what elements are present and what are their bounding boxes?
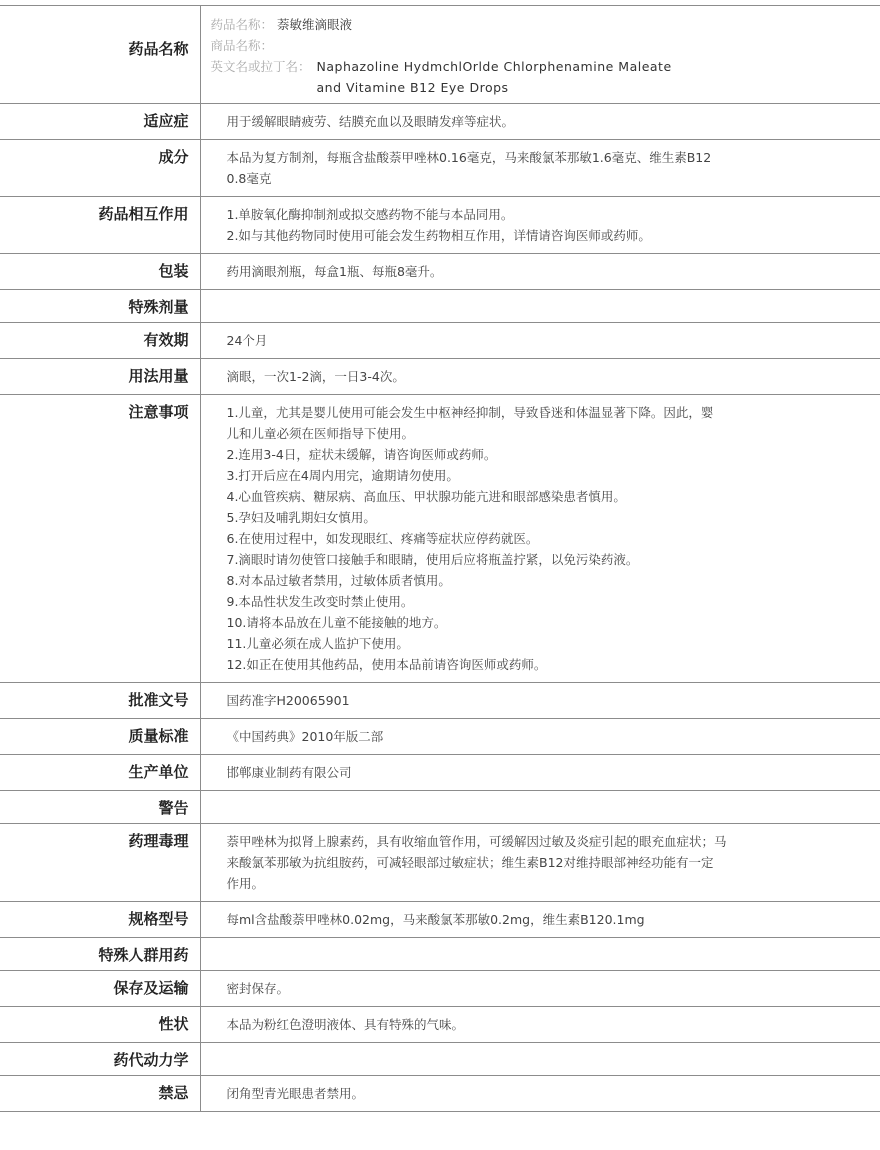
generic-name-value: 萘敏维滴眼液: [273, 14, 352, 35]
spec-row: 规格型号每ml含盐酸萘甲唑林0.02mg，马来酸氯苯那敏0.2mg，维生素B12…: [0, 902, 880, 938]
trade-name-line: 商品名称：: [211, 35, 880, 56]
spec-row: 包装药用滴眼剂瓶，每盒1瓶、每瓶8毫升。: [0, 254, 880, 290]
row-value: 国药准字H20065901: [200, 683, 880, 719]
spec-row: 警告: [0, 791, 880, 824]
row-label: 药品名称: [0, 6, 200, 104]
row-label: 性状: [0, 1007, 200, 1043]
value-line: 来酸氯苯那敏为抗组胺药，可减轻眼部过敏症状；维生素B12对维持眼部神经功能有一定: [227, 852, 880, 873]
row-value: 每ml含盐酸萘甲唑林0.02mg，马来酸氯苯那敏0.2mg，维生素B120.1m…: [200, 902, 880, 938]
row-value: 密封保存。: [200, 971, 880, 1007]
row-label: 规格型号: [0, 902, 200, 938]
value-line: 8.对本品过敏者禁用，过敏体质者慎用。: [227, 570, 880, 591]
spec-row: 保存及运输密封保存。: [0, 971, 880, 1007]
row-value: [200, 938, 880, 971]
spec-row: 用法用量滴眼，一次1-2滴，一日3-4次。: [0, 359, 880, 395]
generic-name-line: 药品名称： 萘敏维滴眼液: [211, 14, 880, 35]
value-line: 24个月: [227, 330, 880, 351]
english-name-line: 英文名或拉丁名： Naphazoline HydmchlOrlde Chlorp…: [211, 56, 880, 98]
spec-row: 药理毒理萘甲唑林为拟肾上腺素药，具有收缩血管作用，可缓解因过敏及炎症引起的眼充血…: [0, 824, 880, 902]
value-line: 萘甲唑林为拟肾上腺素药，具有收缩血管作用，可缓解因过敏及炎症引起的眼充血症状；马: [227, 831, 880, 852]
row-label: 有效期: [0, 323, 200, 359]
row-value: 1.单胺氧化酶抑制剂或拟交感药物不能与本品同用。2.如与其他药物同时使用可能会发…: [200, 197, 880, 254]
spec-row: 特殊剂量: [0, 290, 880, 323]
row-value: 1.儿童，尤其是婴儿使用可能会发生中枢神经抑制，导致昏迷和体温显著下降。因此，婴…: [200, 395, 880, 683]
row-label: 警告: [0, 791, 200, 824]
row-label: 特殊剂量: [0, 290, 200, 323]
value-line: 6.在使用过程中，如发现眼红、疼痛等症状应停药就医。: [227, 528, 880, 549]
spec-row: 药代动力学: [0, 1043, 880, 1076]
value-line: 1.儿童，尤其是婴儿使用可能会发生中枢神经抑制，导致昏迷和体温显著下降。因此，婴: [227, 402, 880, 423]
value-line: 闭角型青光眼患者禁用。: [227, 1083, 880, 1104]
value-line: 10.请将本品放在儿童不能接触的地方。: [227, 612, 880, 633]
trade-name-key: 商品名称：: [211, 35, 274, 56]
value-line: 《中国药典》2010年版二部: [227, 726, 880, 747]
row-value: 药品名称： 萘敏维滴眼液 商品名称： 英文名或拉丁名： Naphazoline …: [200, 6, 880, 104]
value-line: 邯郸康业制药有限公司: [227, 762, 880, 783]
value-line: 12.如正在使用其他药品，使用本品前请咨询医师或药师。: [227, 654, 880, 675]
spec-row: 注意事项1.儿童，尤其是婴儿使用可能会发生中枢神经抑制，导致昏迷和体温显著下降。…: [0, 395, 880, 683]
row-label: 成分: [0, 140, 200, 197]
spec-row: 特殊人群用药: [0, 938, 880, 971]
spec-row: 禁忌闭角型青光眼患者禁用。: [0, 1076, 880, 1112]
row-value: 邯郸康业制药有限公司: [200, 755, 880, 791]
spec-row: 适应症用于缓解眼睛疲劳、结膜充血以及眼睛发痒等症状。: [0, 104, 880, 140]
value-line: 密封保存。: [227, 978, 880, 999]
value-line: 国药准字H20065901: [227, 690, 880, 711]
value-line: 本品为粉红色澄明液体、具有特殊的气味。: [227, 1014, 880, 1035]
spec-row: 性状本品为粉红色澄明液体、具有特殊的气味。: [0, 1007, 880, 1043]
row-value: [200, 791, 880, 824]
row-drug-name: 药品名称 药品名称： 萘敏维滴眼液 商品名称： 英文名或拉丁名： Naphazo…: [0, 6, 880, 104]
row-value: [200, 1043, 880, 1076]
spec-row: 批准文号国药准字H20065901: [0, 683, 880, 719]
value-line: 滴眼，一次1-2滴，一日3-4次。: [227, 366, 880, 387]
row-label: 包装: [0, 254, 200, 290]
row-value: 本品为复方制剂，每瓶含盐酸萘甲唑林0.16毫克，马来酸氯苯那敏1.6毫克、维生素…: [200, 140, 880, 197]
value-line: 每ml含盐酸萘甲唑林0.02mg，马来酸氯苯那敏0.2mg，维生素B120.1m…: [227, 909, 880, 930]
value-line: 1.单胺氧化酶抑制剂或拟交感药物不能与本品同用。: [227, 204, 880, 225]
spec-row: 药品相互作用1.单胺氧化酶抑制剂或拟交感药物不能与本品同用。2.如与其他药物同时…: [0, 197, 880, 254]
row-label: 生产单位: [0, 755, 200, 791]
row-label: 药品相互作用: [0, 197, 200, 254]
row-label: 用法用量: [0, 359, 200, 395]
row-label: 注意事项: [0, 395, 200, 683]
row-label: 禁忌: [0, 1076, 200, 1112]
row-value: 药用滴眼剂瓶，每盒1瓶、每瓶8毫升。: [200, 254, 880, 290]
row-label: 药代动力学: [0, 1043, 200, 1076]
spec-row: 质量标准《中国药典》2010年版二部: [0, 719, 880, 755]
value-line: 11.儿童必须在成人监护下使用。: [227, 633, 880, 654]
row-value: 萘甲唑林为拟肾上腺素药，具有收缩血管作用，可缓解因过敏及炎症引起的眼充血症状；马…: [200, 824, 880, 902]
value-line: 2.连用3-4日，症状未缓解，请咨询医师或药师。: [227, 444, 880, 465]
generic-name-key: 药品名称：: [211, 14, 274, 35]
value-line: 5.孕妇及哺乳期妇女慎用。: [227, 507, 880, 528]
row-value: 《中国药典》2010年版二部: [200, 719, 880, 755]
trade-name-value: [273, 35, 277, 56]
english-name-key: 英文名或拉丁名：: [211, 56, 311, 98]
row-value: 本品为粉红色澄明液体、具有特殊的气味。: [200, 1007, 880, 1043]
value-line: 药用滴眼剂瓶，每盒1瓶、每瓶8毫升。: [227, 261, 880, 282]
value-line: 2.如与其他药物同时使用可能会发生药物相互作用，详情请咨询医师或药师。: [227, 225, 880, 246]
row-label: 批准文号: [0, 683, 200, 719]
english-name-value: Naphazoline HydmchlOrlde Chlorphenamine …: [311, 56, 697, 98]
row-value: [200, 290, 880, 323]
value-line: 7.滴眼时请勿使管口接触手和眼睛，使用后应将瓶盖拧紧，以免污染药液。: [227, 549, 880, 570]
row-label: 药理毒理: [0, 824, 200, 902]
row-value: 闭角型青光眼患者禁用。: [200, 1076, 880, 1112]
value-line: 作用。: [227, 873, 880, 894]
spec-row: 有效期24个月: [0, 323, 880, 359]
value-line: 本品为复方制剂，每瓶含盐酸萘甲唑林0.16毫克，马来酸氯苯那敏1.6毫克、维生素…: [227, 147, 880, 168]
spec-row: 成分本品为复方制剂，每瓶含盐酸萘甲唑林0.16毫克，马来酸氯苯那敏1.6毫克、维…: [0, 140, 880, 197]
row-label: 质量标准: [0, 719, 200, 755]
row-label: 保存及运输: [0, 971, 200, 1007]
row-label: 适应症: [0, 104, 200, 140]
value-line: 9.本品性状发生改变时禁止使用。: [227, 591, 880, 612]
value-line: 3.打开后应在4周内用完，逾期请勿使用。: [227, 465, 880, 486]
value-line: 0.8毫克: [227, 168, 880, 189]
row-label: 特殊人群用药: [0, 938, 200, 971]
drug-spec-table: 药品名称 药品名称： 萘敏维滴眼液 商品名称： 英文名或拉丁名： Naphazo…: [0, 5, 880, 1112]
row-value: 用于缓解眼睛疲劳、结膜充血以及眼睛发痒等症状。: [200, 104, 880, 140]
value-line: 4.心血管疾病、糖尿病、高血压、甲状腺功能亢进和眼部感染患者慎用。: [227, 486, 880, 507]
row-value: 24个月: [200, 323, 880, 359]
spec-row: 生产单位邯郸康业制药有限公司: [0, 755, 880, 791]
value-line: 儿和儿童必须在医师指导下使用。: [227, 423, 880, 444]
value-line: 用于缓解眼睛疲劳、结膜充血以及眼睛发痒等症状。: [227, 111, 880, 132]
row-value: 滴眼，一次1-2滴，一日3-4次。: [200, 359, 880, 395]
